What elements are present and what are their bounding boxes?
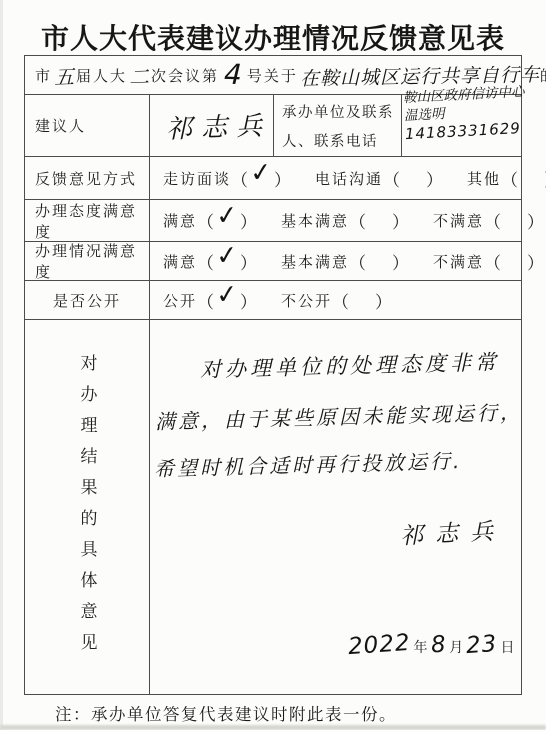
paren-open: （: [484, 249, 501, 274]
paren-open: （: [332, 288, 349, 313]
proposer-label-cell: 建议人: [25, 95, 149, 156]
publicity-label: 是否公开: [53, 290, 121, 311]
option-not-public-label: 不公开: [281, 290, 332, 311]
checkmark-empty: [501, 214, 527, 217]
paren-close: ）: [375, 288, 392, 313]
header-mid1: 届人大: [76, 65, 127, 86]
checkmark-empty: [366, 255, 392, 258]
opinion-line-3-handwritten: 希望时机合适时再行投放运行.: [154, 445, 463, 482]
paren-open: （: [383, 166, 400, 191]
paren-close: ）: [392, 249, 409, 274]
date-month: 8: [430, 631, 447, 658]
option-unsatisfied-label: 不满意: [433, 210, 484, 231]
opinion-line-2-handwritten: 满意，由于某些原因未能实现运行，: [155, 396, 524, 435]
option-unsatisfied: 不满意（）: [433, 249, 544, 274]
opinion-row: 对办理结果的具体意见 对办理单位的处理态度非常 满意，由于某些原因未能实现运行，…: [25, 319, 521, 694]
scan-artifact-bottom: [0, 725, 546, 730]
opinion-content-cell: 对办理单位的处理态度非常 满意，由于某些原因未能实现运行， 希望时机合适时再行投…: [149, 320, 521, 694]
attitude-label: 办理态度满意度: [35, 200, 149, 242]
undertaker-label-cell: 承办单位及联系 人、联系电话: [273, 95, 401, 156]
situation-options-cell: 满意（✓） 基本满意（） 不满意（）: [149, 242, 544, 280]
header-prefix: 市: [35, 65, 52, 86]
header-suffix: 的建议: [540, 65, 546, 86]
option-public-label: 公开: [163, 290, 197, 311]
proposer-label: 建议人: [35, 115, 86, 136]
checkmark-empty: [349, 294, 375, 297]
checkmark-empty: [518, 172, 544, 175]
option-basically-satisfied-label: 基本满意: [281, 210, 349, 231]
proposer-row: 建议人 祁志兵 承办单位及联系 人、联系电话 鞍山区政府信访中心 温选明 141…: [25, 94, 521, 156]
option-satisfied: 满意（✓）: [163, 208, 257, 233]
publicity-label-cell: 是否公开: [25, 281, 149, 319]
option-basically-satisfied-label: 基本满意: [281, 251, 349, 272]
paren-close: ）: [392, 208, 409, 233]
option-basically-satisfied: 基本满意（）: [281, 249, 409, 274]
date-year-unit: 年: [414, 637, 428, 657]
scanned-feedback-form: 市人大代表建议办理情况反馈意见表 市 五 届人大 二 次会议第 4 号关于 在鞍…: [0, 0, 546, 730]
option-phone-label: 电话沟通: [315, 168, 383, 189]
feedback-method-row: 反馈意见方式 走访面谈（✓） 电话沟通（） 其他（）: [25, 156, 521, 199]
date-month-unit: 月: [449, 637, 463, 657]
opinion-label-cell: 对办理结果的具体意见: [25, 320, 149, 694]
date-day: 23: [465, 631, 498, 659]
paren-open: （: [197, 249, 214, 274]
opinion-vertical-label: 对办理结果的具体意见: [79, 354, 96, 674]
header-mid2: 次会议第: [151, 65, 219, 86]
option-not-public: 不公开（）: [281, 288, 392, 313]
checkmark-empty: [400, 172, 426, 175]
proposer-name-handwritten: 祁志兵: [165, 105, 271, 146]
opinion-line-1-handwritten: 对办理单位的处理态度非常: [200, 346, 501, 384]
option-public: 公开（✓）: [163, 288, 257, 313]
paren-open: （: [231, 166, 248, 191]
option-unsatisfied-label: 不满意: [433, 251, 484, 272]
situation-label: 办理情况满意度: [35, 240, 149, 282]
paren-close: ）: [240, 249, 257, 274]
meeting-times-handwritten: 二: [129, 60, 150, 90]
option-satisfied-label: 满意: [163, 251, 197, 272]
situation-row: 办理情况满意度 满意（✓） 基本满意（） 不满意（）: [25, 241, 521, 280]
feedback-form-table: 市 五 届人大 二 次会议第 4 号关于 在鞍山城区运行共享自行车 的建议 建议…: [24, 55, 522, 695]
paren-close: ）: [240, 288, 257, 313]
paren-open: （: [349, 208, 366, 233]
footer-note: 注：承办单位答复代表建议时附此表一份。: [55, 701, 397, 725]
option-unsatisfied: 不满意（）: [433, 208, 544, 233]
feedback-method-label: 反馈意见方式: [35, 168, 137, 189]
feedback-method-label-cell: 反馈意见方式: [25, 157, 149, 199]
option-visit: 走访面谈（✓）: [163, 166, 291, 191]
form-title: 市人大代表建议办理情况反馈意见表: [0, 17, 546, 57]
option-other: 其他（）: [467, 166, 546, 191]
paren-open: （: [349, 249, 366, 274]
attitude-options-cell: 满意（✓） 基本满意（） 不满意（）: [149, 200, 544, 241]
attitude-label-cell: 办理态度满意度: [25, 200, 149, 241]
header-mid3: 号关于: [247, 65, 298, 86]
paren-close: ）: [527, 208, 544, 233]
proposer-value-cell: 祁志兵: [149, 95, 273, 156]
publicity-row: 是否公开 公开（✓） 不公开（）: [25, 280, 521, 319]
feedback-method-options-cell: 走访面谈（✓） 电话沟通（） 其他（）: [149, 157, 546, 199]
suggestion-number-handwritten: 4: [224, 75, 242, 76]
checkmark-empty: [366, 214, 392, 217]
undertaker-info-handwritten: 鞍山区政府信访中心 温选明 14183331629: [403, 84, 527, 145]
paren-close: ）: [274, 166, 291, 191]
paren-open: （: [197, 288, 214, 313]
option-other-label: 其他: [467, 168, 501, 189]
checkmark-empty: [501, 255, 527, 258]
paren-close: ）: [426, 166, 443, 191]
checkmark: ✓: [214, 294, 240, 297]
checkmark: ✓: [248, 172, 274, 175]
option-satisfied-label: 满意: [163, 210, 197, 231]
date-year: 2022: [347, 630, 411, 660]
attitude-row: 办理态度满意度 满意（✓） 基本满意（） 不满意（）: [25, 199, 521, 241]
paren-open: （: [484, 208, 501, 233]
date-day-unit: 日: [500, 637, 514, 657]
situation-label-cell: 办理情况满意度: [25, 242, 149, 280]
checkmark: ✓: [214, 255, 240, 258]
scan-artifact-left: [0, 0, 3, 730]
publicity-options-cell: 公开（✓） 不公开（）: [149, 281, 521, 319]
option-visit-label: 走访面谈: [163, 168, 231, 189]
option-basically-satisfied: 基本满意（）: [281, 208, 409, 233]
undertaker-label-line2: 人、联系电话: [282, 130, 401, 151]
paren-close: ）: [527, 249, 544, 274]
checkmark: ✓: [214, 214, 240, 217]
option-satisfied: 满意（✓）: [163, 249, 257, 274]
paren-close: ）: [240, 208, 257, 233]
paren-open: （: [197, 208, 214, 233]
signature-handwritten: 祁志兵: [399, 512, 506, 550]
option-phone: 电话沟通（）: [315, 166, 443, 191]
paren-open: （: [501, 166, 518, 191]
session-number-handwritten: 五: [54, 60, 75, 90]
undertaker-value-cell: 鞍山区政府信访中心 温选明 14183331629: [401, 95, 521, 156]
undertaker-label-line1: 承办单位及联系: [282, 101, 401, 122]
date-handwritten: 2022 年 8 月 23 日: [348, 632, 514, 658]
